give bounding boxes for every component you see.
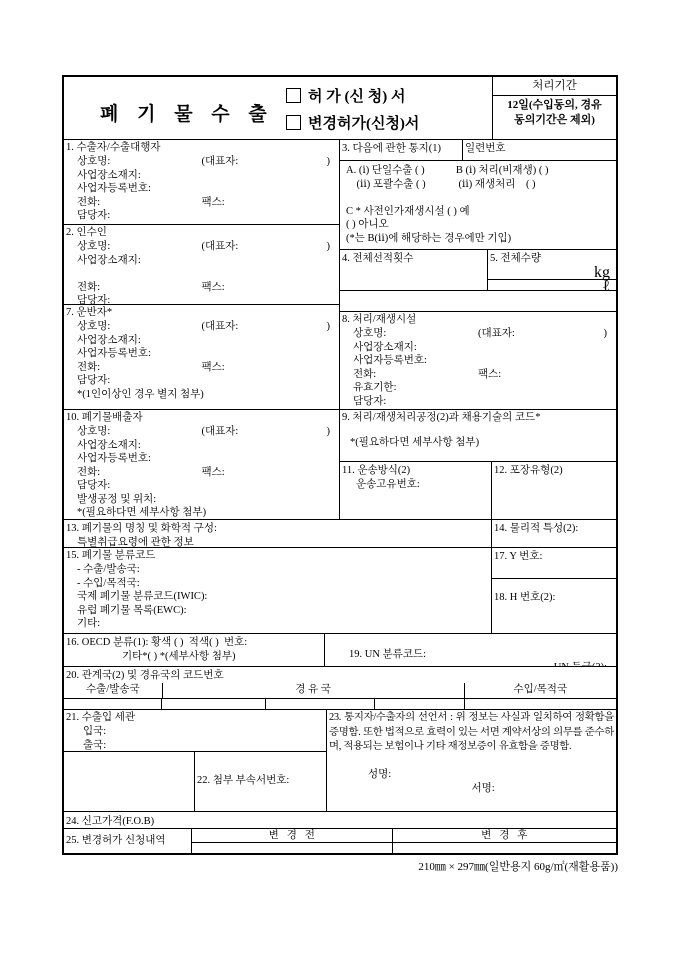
field-label [346,192,349,203]
section-17-y-number: 17. Y 번호: [492,548,616,579]
form-row: 담당자: [64,209,339,223]
form-row: 사업장소재지: [64,169,339,183]
field-label: 사업자등록번호: [77,183,151,194]
field-label: 입국: [83,726,106,737]
after-change-cell[interactable] [393,843,616,853]
section-12-title: 12. 포장유형(2) [492,462,616,478]
section-13-line2: 특별취급요령에 관한 정보 [64,536,491,549]
field-label: 전화: [77,282,100,293]
form-row: 사업자등록번호: [64,347,339,361]
permit-checkbox[interactable] [286,88,301,103]
before-change-header: 변 경 전 [192,829,393,842]
section-1-title: 1. 수출자/수출대행자 [64,140,339,155]
field-label: 사업장소재지: [77,170,141,181]
field-label: 상호명: [353,328,386,339]
section-11-12-row: 11. 운송방식(2) 운송고유번호: 12. 포장유형(2) [340,462,616,520]
field-label: 전화: [77,197,100,208]
form-row: 전화:팩스: [340,368,616,382]
form-row: 기타: [64,617,491,631]
field-label: 담당자: [77,295,110,305]
two-column-region: 1. 수출자/수출대행자 상호명:(대표자:)사업장소재지:사업자등록번호:전화… [64,140,616,520]
field-label: 담당자: [77,375,110,386]
form-row: (*는 B(ⅱ)에 해당하는 경우에만 기입) [340,232,616,246]
processing-period-label: 처리기간 [493,77,616,96]
section-4-title: 4. 전체선적횟수 [340,250,487,266]
row-16-19: 16. OECD 분류(1): 황색 ( ) 적색( ) 번호: 기타*( ) … [64,634,616,667]
section-22-annex: 22. 첨부 부속서번호: [195,752,326,812]
form-row: 전화:팩스: [64,196,339,210]
form-row: 상호명:(대표자:) [64,155,339,169]
section-21-title: 21. 수출입 세관 [64,710,326,725]
form-row: 전화:팩스: [64,281,339,295]
section-10-title: 10. 폐기물배출자 [64,410,339,425]
section-10-waste-generator: 10. 폐기물배출자 상호명:(대표자:)사업장소재지:사업자등록번호:전화:팩… [64,410,339,520]
field-label: 팩스: [202,361,225,375]
field-label: *(1인이상인 경우 별지 첨부) [77,389,204,400]
section-24-title: 24. 신고가격(F.O.B) [64,812,616,829]
form-row: 사업자등록번호: [64,452,339,466]
section-11-transport: 11. 운송방식(2) 운송고유번호: [340,462,492,520]
permit-option: 허 가 (신 청) 서 [286,84,405,106]
name-label: 성명: [368,769,391,780]
section-18-title: 18. H 번호(2): [492,579,616,605]
before-change-cell[interactable] [192,843,393,853]
section-5-total-quantity: 5. 전체수량 kg ℓ [488,250,616,291]
field-label: 전화: [77,362,100,373]
field-label: 사업자등록번호: [77,348,151,359]
field-label: (ⅱ) 재생처리 ( ) [456,178,536,192]
section-25-label-cell: 25. 변경허가 신청내역 [64,829,192,853]
section-17-title: 17. Y 번호: [492,548,616,564]
un-code-label: 19. UN 분류코드: [349,649,426,660]
form-row: A. (ⅰ) 단일수출 ( )B (ⅰ) 처리(비재생) ( ) [340,164,616,178]
field-label: 팩스: [202,196,225,210]
after-change-header: 변 경 후 [393,829,616,842]
form-row: 담당자: [340,395,616,409]
permit-option-label: 허 가 (신 청) 서 [308,85,405,106]
form-row: (ⅱ) 포괄수출 ( ) (ⅱ) 재생처리 ( ) [340,178,616,192]
serial-number-label[interactable]: 일련번호 [463,140,616,161]
field-label: 전화: [77,467,100,478]
field-label: ( ) 아니오 [346,219,389,230]
section-18-h-number: 18. H 번호(2): [492,579,616,634]
field-label: - 수입/목적국: [77,578,140,589]
row-21-23: 21. 수출입 세관 입국:출국: 22. 첨부 부속서번호: 23. 통지자/… [64,710,616,812]
section-20-header-row: 수출/발송국 경 유 국 수입/목적국 [64,683,616,699]
field-label: 담당자: [77,210,110,221]
country-code-cell[interactable] [266,699,375,711]
form-row: 전화:팩스: [64,466,339,480]
form-row: 입국: [70,725,326,739]
section-8-treatment-facility: 8. 처리/재생시설 상호명:(대표자:)사업장소재지:사업자등록번호:전화:팩… [340,312,616,410]
field-label: ) [327,240,331,254]
field-label: 사업장소재지: [77,255,141,266]
section-4-5-row: 4. 전체선적횟수 5. 전체수량 kg ℓ [340,250,616,291]
form-row: 발생공정 및 위치: [64,493,339,507]
unit-kg: kg [488,266,616,281]
field-label: (대표자: [202,155,239,169]
field-label: ) [327,320,331,334]
section-20-countries: 20. 관계국(2) 및 경유국의 코드번호 수출/발송국 경 유 국 수입/목… [64,667,616,710]
section-7-carrier: 7. 운반자* 상호명:(대표자:)사업장소재지:사업자등록번호:전화:팩스:담… [64,305,339,410]
section-25-columns: 변 경 전 변 경 후 [192,829,616,853]
section-12-packaging: 12. 포장유형(2) [492,462,616,520]
form-row: 사업자등록번호: [340,354,616,368]
left-column: 1. 수출자/수출대행자 상호명:(대표자:)사업장소재지:사업자등록번호:전화… [64,140,340,520]
section-16-line2: 기타*( ) *(세부사항 첨부) [64,650,324,664]
form-header: 폐 기 물 수 출 허 가 (신 청) 서 변경허가(신청)서 처리기간 12일… [64,77,616,140]
form-row: 사업장소재지: [64,334,339,348]
col-import-country: 수입/목적국 [465,683,616,698]
processing-period-value: 12일(수입동의, 경유 동의기간은 제외) [493,96,616,127]
section-3-body: A. (ⅰ) 단일수출 ( )B (ⅰ) 처리(비재생) ( ) (ⅱ) 포괄수… [340,161,616,250]
section-24-fob-price: 24. 신고가격(F.O.B) [64,812,616,829]
section-4-total-shipments: 4. 전체선적횟수 [340,250,488,291]
waste-export-permit-form: 폐 기 물 수 출 허 가 (신 청) 서 변경허가(신청)서 처리기간 12일… [62,75,618,855]
form-row: 담당자: [64,479,339,493]
field-label [77,268,80,279]
section-16-line1: 16. OECD 분류(1): 황색 ( ) 적색( ) 번호: [64,634,324,650]
field-label: (대표자: [202,240,239,254]
field-label: 사업장소재지: [353,342,417,353]
field-label: 팩스: [202,281,225,295]
col-transit-country: 경 유 국 [163,683,465,698]
section-15-waste-codes: 15. 폐기물 분류코드 - 수출/발송국:- 수입/목적국:국제 폐기물 분류… [64,548,492,634]
section-16-oecd: 16. OECD 분류(1): 황색 ( ) 적색( ) 번호: 기타*( ) … [64,634,325,667]
section-9-note: *(필요하다면 세부사항 첨부) [340,436,616,450]
field-label: 담당자: [353,396,386,407]
field-label: (대표자: [478,327,515,341]
field-label: 담당자: [77,480,110,491]
form-row: 상호명:(대표자:) [64,240,339,254]
form-row: 상호명:(대표자:) [64,425,339,439]
field-label: B (ⅰ) 처리(비재생) ( ) [456,164,549,178]
section-1-exporter: 1. 수출자/수출대행자 상호명:(대표자:)사업장소재지:사업자등록번호:전화… [64,140,339,225]
form-row: 사업자등록번호: [64,182,339,196]
form-row: C * 사전인가재생시설 ( ) 예 [340,205,616,219]
form-row: ( ) 아니오 [340,218,616,232]
section-25-title: 25. 변경허가 신청내역 [64,829,191,848]
section-19-un-code: 19. UN 분류코드: UN 등급(2): 선적명: [325,634,616,667]
field-label: (ⅱ) 포괄수출 ( ) [346,179,426,190]
form-row: - 수출/발송국: [64,563,491,577]
field-label: ) [327,155,331,169]
section-14-physical: 14. 물리적 특성(2): [492,520,616,548]
form-row: 사업장소재지: [64,439,339,453]
form-row: 담당자: [64,374,339,388]
section-6-shipment-dates: 6. 최초선적일: 최종선적일: [340,291,616,312]
section-11-sub: 운송고유번호: [340,478,491,492]
section-21-customs: 21. 수출입 세관 입국:출국: [64,710,326,752]
section-3-header: 3. 다음에 관한 통지(1) 일련번호 [340,140,616,161]
section-2-consignee: 2. 인수인 상호명:(대표자:)사업장소재지: 전화:팩스:담당자: [64,225,339,305]
change-permit-option: 변경허가(신청)서 [286,111,419,133]
section-13-waste-name: 13. 폐기물의 명칭 및 화학적 구성: 특별취급요령에 관한 정보 [64,520,492,548]
field-label: (대표자: [202,320,239,334]
form-row: 상호명:(대표자:) [64,320,339,334]
field-label: 사업자등록번호: [77,453,151,464]
section-20-value-row [64,699,616,711]
form-row: 유럽 폐기물 목록(EWC): [64,604,491,618]
form-row: 전화:팩스: [64,361,339,375]
field-label: 상호명: [77,241,110,252]
form-row: 국제 폐기물 분류코드(IWIC): [64,590,491,604]
unit-liter: ℓ [488,280,616,291]
section-13-line1: 13. 폐기물의 명칭 및 화학적 구성: [64,520,491,536]
processing-period-box: 처리기간 12일(수입동의, 경유 동의기간은 제외) [492,77,616,140]
blank-cell[interactable] [64,752,195,812]
form-row: 유효기한: [340,381,616,395]
field-label: 사업장소재지: [77,440,141,451]
form-row: 상호명:(대표자:) [340,327,616,341]
form-row: 사업장소재지: [64,254,339,268]
field-label: 상호명: [77,426,110,437]
country-code-cell[interactable] [465,699,616,711]
form-row: - 수입/목적국: [64,577,491,591]
field-label: 발생공정 및 위치: [77,494,156,505]
field-label: 팩스: [202,466,225,480]
field-label: 사업장소재지: [77,335,141,346]
right-column: 3. 다음에 관한 통지(1) 일련번호 A. (ⅰ) 단일수출 ( )B (ⅰ… [340,140,616,520]
form-row [64,267,339,281]
field-label: - 수출/발송국: [77,564,140,575]
row-15-17-18: 15. 폐기물 분류코드 - 수출/발송국:- 수입/목적국:국제 폐기물 분류… [64,548,616,634]
field-label: A. (ⅰ) 단일수출 ( ) [346,165,425,176]
section-14-title: 14. 물리적 특성(2): [492,520,616,536]
form-row: *(필요하다면 세부사항 첨부) [64,506,339,520]
section-7-title: 7. 운반자* [64,305,339,320]
field-label: (*는 B(ⅱ)에 해당하는 경우에만 기입) [346,233,511,244]
field-label: 국제 폐기물 분류코드(IWIC): [77,591,207,602]
form-row: 출국: [70,739,326,753]
field-label: 유럽 폐기물 목록(EWC): [77,605,187,616]
section-9-process-codes: 9. 처리/재생처리공정(2)과 채용기술의 코드* *(필요하다면 세부사항 … [340,410,616,462]
declaration-text: 23. 통지자/수출자의 선언서 : 위 정보는 사실과 일치하여 정확함을 증… [327,710,616,755]
left-21-22: 21. 수출입 세관 입국:출국: 22. 첨부 부속서번호: [64,710,327,812]
section-8-title: 8. 처리/재생시설 [340,312,616,327]
field-label: 출국: [83,740,106,751]
section-15-title: 15. 폐기물 분류코드 [64,548,491,563]
field-label: 팩스: [478,368,501,382]
change-permit-option-label: 변경허가(신청)서 [308,112,419,133]
field-label: ) [327,425,331,439]
form-row: 담당자: [64,294,339,305]
field-label: (대표자: [202,425,239,439]
paper-size-note: 210㎜ × 297㎜(일반용지 60g/㎡(재활용품)) [62,858,618,874]
signature-label: 서명: [472,782,495,796]
section-22-title: 22. 첨부 부속서번호: [195,752,326,788]
section-11-title: 11. 운송방식(2) [340,462,491,478]
form-row: 사업장소재지: [340,341,616,355]
section-25-change-details: 25. 변경허가 신청내역 변 경 전 변 경 후 [64,829,616,853]
section-20-title: 20. 관계국(2) 및 경유국의 코드번호 [64,667,616,683]
field-label: 상호명: [77,156,110,167]
field-label: 전화: [353,369,376,380]
row-13-14: 13. 폐기물의 명칭 및 화학적 구성: 특별취급요령에 관한 정보 14. … [64,520,616,548]
country-code-cell[interactable] [162,699,265,711]
form-row: *(1인이상인 경우 별지 첨부) [64,388,339,402]
country-code-cell[interactable] [375,699,465,711]
section-3-title: 3. 다음에 관한 통지(1) [340,140,463,161]
section-9-title: 9. 처리/재생처리공정(2)과 채용기술의 코드* [340,410,616,425]
field-label: 유효기한: [353,382,397,393]
section-2-title: 2. 인수인 [64,225,339,240]
change-permit-checkbox[interactable] [286,115,301,130]
field-label: 상호명: [77,321,110,332]
field-label: 기타: [77,618,100,629]
form-row [340,191,616,205]
form-title: 폐 기 물 수 출 [100,99,274,126]
field-label: C * 사전인가재생시설 ( ) 예 [346,206,470,217]
field-label: ) [604,327,608,341]
col-export-country: 수출/발송국 [64,683,163,698]
section-23-declaration: 23. 통지자/수출자의 선언서 : 위 정보는 사실과 일치하여 정확함을 증… [327,710,616,812]
field-label: *(필요하다면 세부사항 첨부) [77,507,206,518]
country-code-cell[interactable] [64,699,162,711]
field-label: 사업자등록번호: [353,355,427,366]
